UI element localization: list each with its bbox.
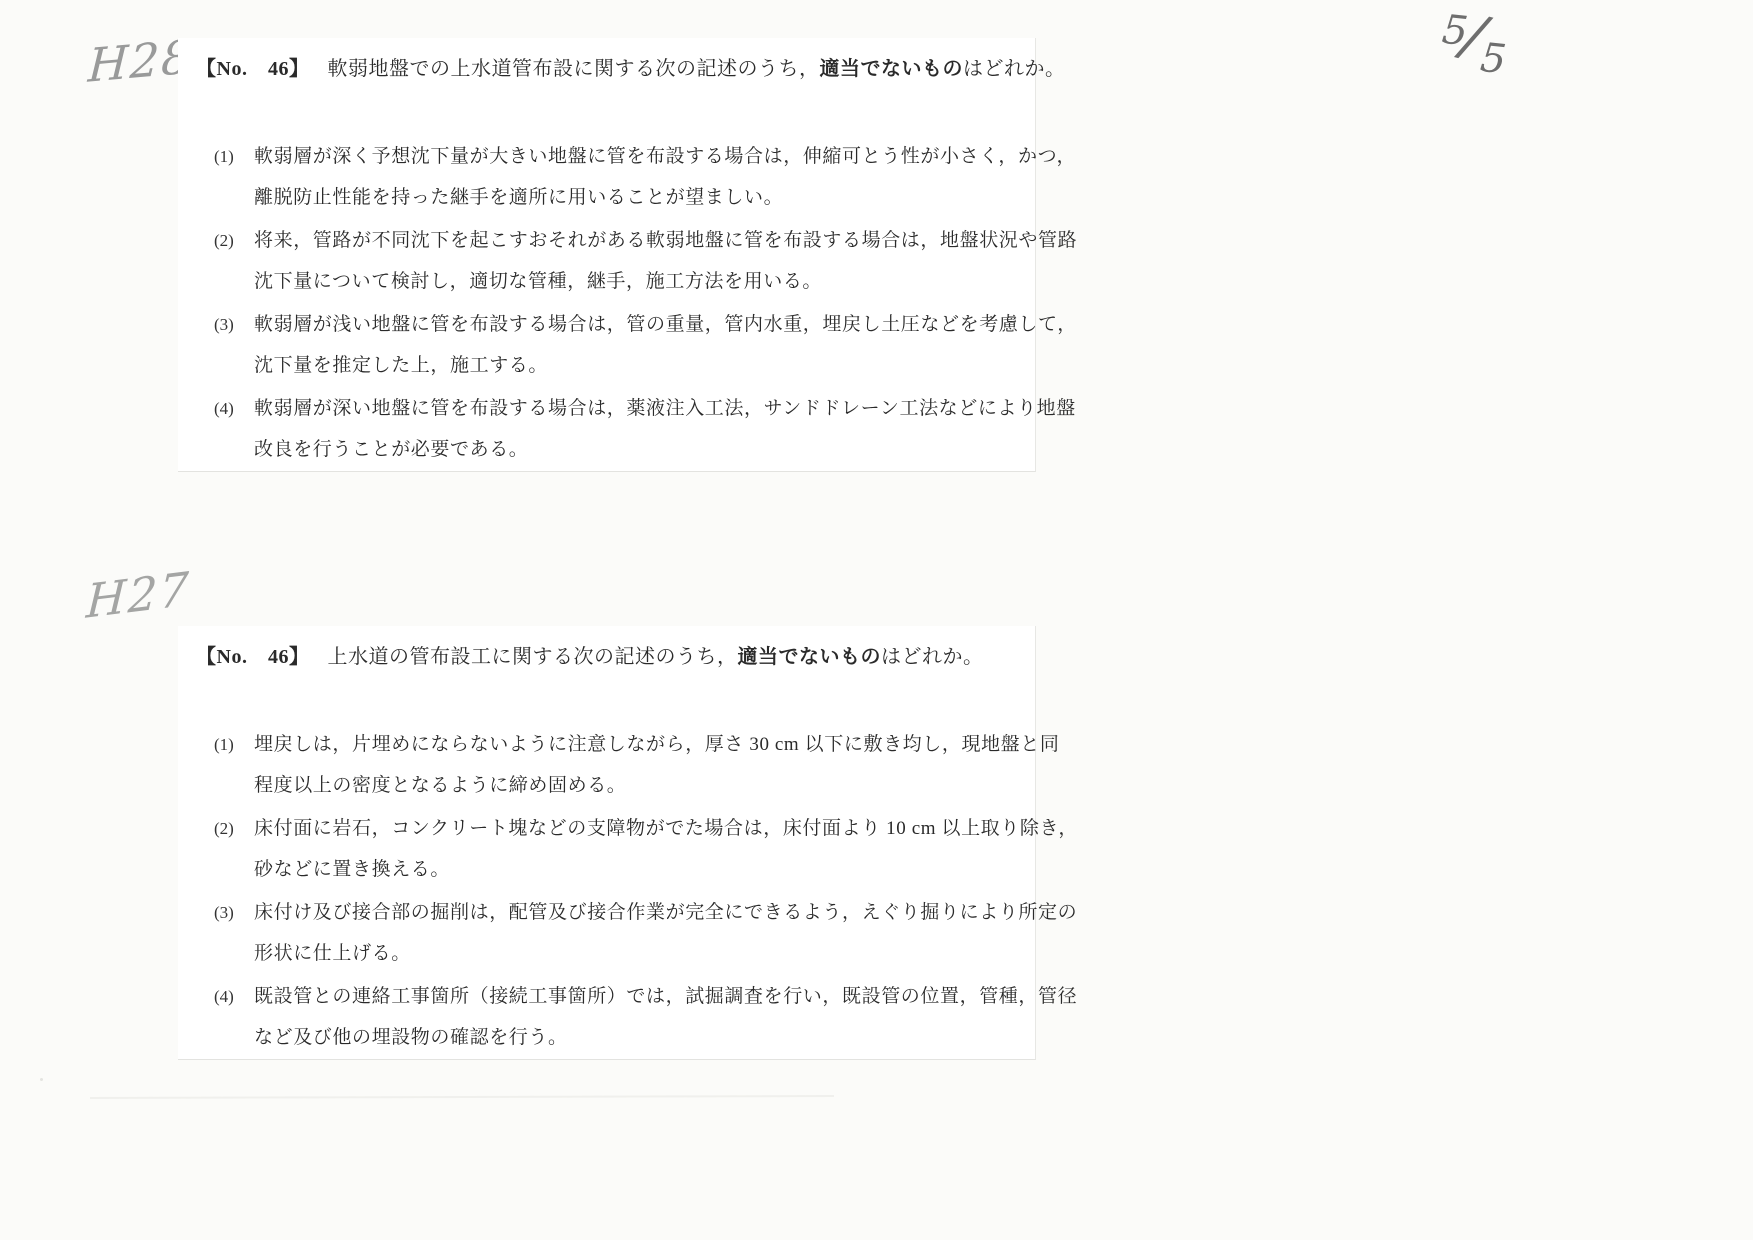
option-text: 将来，管路が不同沈下を起こすおそれがある軟弱地盤に管を布設する場合は，地盤状況や…: [254, 220, 1020, 302]
option-text-line: 沈下量を推定した上，施工する。: [254, 345, 1020, 386]
option-item-1: (1) 軟弱層が深く予想沈下量が大きい地盤に管を布設する場合は，伸縮可とう性が小…: [214, 136, 1035, 218]
option-text-line: 既設管との連絡工事箇所（接続工事箇所）では，試掘調査を行い，既設管の位置，管種，…: [254, 976, 1020, 1017]
option-text: 軟弱層が深く予想沈下量が大きい地盤に管を布設する場合は，伸縮可とう性が小さく，か…: [254, 136, 1020, 218]
option-text: 床付け及び接合部の掘削は，配管及び接合作業が完全にできるよう，えぐり掘りにより所…: [254, 892, 1020, 974]
option-text-line: 軟弱層が浅い地盤に管を布設する場合は，管の重量，管内水重，埋戻し土圧などを考慮し…: [254, 304, 1020, 345]
option-text: 埋戻しは，片埋めにならないように注意しながら，厚さ 30 cm 以下に敷き均し，…: [254, 724, 1020, 806]
option-number: (4): [214, 976, 254, 1058]
question-title-suffix: はどれか。: [881, 646, 984, 668]
option-text: 軟弱層が浅い地盤に管を布設する場合は，管の重量，管内水重，埋戻し土圧などを考慮し…: [254, 304, 1020, 386]
options-list: (1) 軟弱層が深く予想沈下量が大きい地盤に管を布設する場合は，伸縮可とう性が小…: [214, 136, 1035, 470]
question-title-prefix: 上水道の管布設工に関する次の記述のうち，: [327, 646, 737, 668]
option-number: (3): [214, 892, 254, 974]
question-block-h27: 【No. 46】上水道の管布設工に関する次の記述のうち，適当でないものはどれか。…: [178, 626, 1036, 1060]
option-item-4: (4) 既設管との連絡工事箇所（接続工事箇所）では，試掘調査を行い，既設管の位置…: [214, 976, 1035, 1058]
option-item-3: (3) 床付け及び接合部の掘削は，配管及び接合作業が完全にできるよう，えぐり掘り…: [214, 892, 1035, 974]
option-item-2: (2) 将来，管路が不同沈下を起こすおそれがある軟弱地盤に管を布設する場合は，地…: [214, 220, 1035, 302]
option-number: (4): [214, 388, 254, 470]
question-title-emphasis: 適当でないもの: [737, 646, 881, 668]
option-number: (2): [214, 808, 254, 890]
option-text: 既設管との連絡工事箇所（接続工事箇所）では，試掘調査を行い，既設管の位置，管種，…: [254, 976, 1020, 1058]
option-item-3: (3) 軟弱層が浅い地盤に管を布設する場合は，管の重量，管内水重，埋戻し土圧など…: [214, 304, 1035, 386]
option-item-4: (4) 軟弱層が深い地盤に管を布設する場合は，薬液注入工法，サンドドレーン工法な…: [214, 388, 1035, 470]
option-text-line: 形状に仕上げる。: [254, 933, 1020, 974]
option-text-line: 将来，管路が不同沈下を起こすおそれがある軟弱地盤に管を布設する場合は，地盤状況や…: [254, 220, 1020, 261]
option-text-line: 軟弱層が深い地盤に管を布設する場合は，薬液注入工法，サンドドレーン工法などにより…: [254, 388, 1020, 429]
options-list: (1) 埋戻しは，片埋めにならないように注意しながら，厚さ 30 cm 以下に敷…: [214, 724, 1035, 1058]
question-number: 【No. 46】: [196, 58, 309, 80]
handwritten-page-number: 5 / 5: [1440, 9, 1511, 62]
option-text-line: 程度以上の密度となるように締め固める。: [254, 765, 1020, 806]
question-title-suffix: はどれか。: [963, 58, 1066, 80]
question-number: 【No. 46】: [196, 646, 309, 668]
option-number: (1): [214, 136, 254, 218]
option-number: (2): [214, 220, 254, 302]
question-title-prefix: 軟弱地盤での上水道管布設に関する次の記述のうち，: [327, 58, 819, 80]
option-item-1: (1) 埋戻しは，片埋めにならないように注意しながら，厚さ 30 cm 以下に敷…: [214, 724, 1035, 806]
option-text-line: 砂などに置き換える。: [254, 849, 1020, 890]
question-header: 【No. 46】上水道の管布設工に関する次の記述のうち，適当でないものはどれか。: [178, 626, 1035, 672]
question-header: 【No. 46】軟弱地盤での上水道管布設に関する次の記述のうち，適当でないものは…: [178, 38, 1035, 84]
option-number: (3): [214, 304, 254, 386]
scanned-exam-page: 5 / 5 H28 H27 【No. 46】軟弱地盤での上水道管布設に関する次の…: [0, 0, 1753, 1240]
option-text-line: 床付け及び接合部の掘削は，配管及び接合作業が完全にできるよう，えぐり掘りにより所…: [254, 892, 1020, 933]
option-item-2: (2) 床付面に岩石，コンクリート塊などの支障物がでた場合は，床付面より 10 …: [214, 808, 1035, 890]
option-text-line: 離脱防止性能を持った継手を適所に用いることが望ましい。: [254, 177, 1020, 218]
question-title: 軟弱地盤での上水道管布設に関する次の記述のうち，適当でないものはどれか。: [327, 58, 1065, 80]
option-text-line: 床付面に岩石，コンクリート塊などの支障物がでた場合は，床付面より 10 cm 以…: [254, 808, 1020, 849]
question-title: 上水道の管布設工に関する次の記述のうち，適当でないものはどれか。: [327, 646, 983, 668]
option-text-line: 埋戻しは，片埋めにならないように注意しながら，厚さ 30 cm 以下に敷き均し，…: [254, 724, 1020, 765]
option-text-line: 沈下量について検討し，適切な管種，継手，施工方法を用いる。: [254, 261, 1020, 302]
option-text: 床付面に岩石，コンクリート塊などの支障物がでた場合は，床付面より 10 cm 以…: [254, 808, 1020, 890]
option-number: (1): [214, 724, 254, 806]
page-number-denominator: 5: [1478, 35, 1508, 83]
question-block-h28: 【No. 46】軟弱地盤での上水道管布設に関する次の記述のうち，適当でないものは…: [178, 38, 1036, 472]
option-text-line: 改良を行うことが必要である。: [254, 429, 1020, 470]
option-text-line: 軟弱層が深く予想沈下量が大きい地盤に管を布設する場合は，伸縮可とう性が小さく，か…: [254, 136, 1020, 177]
scan-artifact-speck: [40, 1078, 43, 1081]
option-text: 軟弱層が深い地盤に管を布設する場合は，薬液注入工法，サンドドレーン工法などにより…: [254, 388, 1020, 470]
handwritten-year-note-h27: H27: [85, 561, 192, 629]
question-title-emphasis: 適当でないもの: [819, 58, 963, 80]
option-text-line: など及び他の埋設物の確認を行う。: [254, 1017, 1020, 1058]
scan-artifact-line: [90, 1095, 834, 1099]
